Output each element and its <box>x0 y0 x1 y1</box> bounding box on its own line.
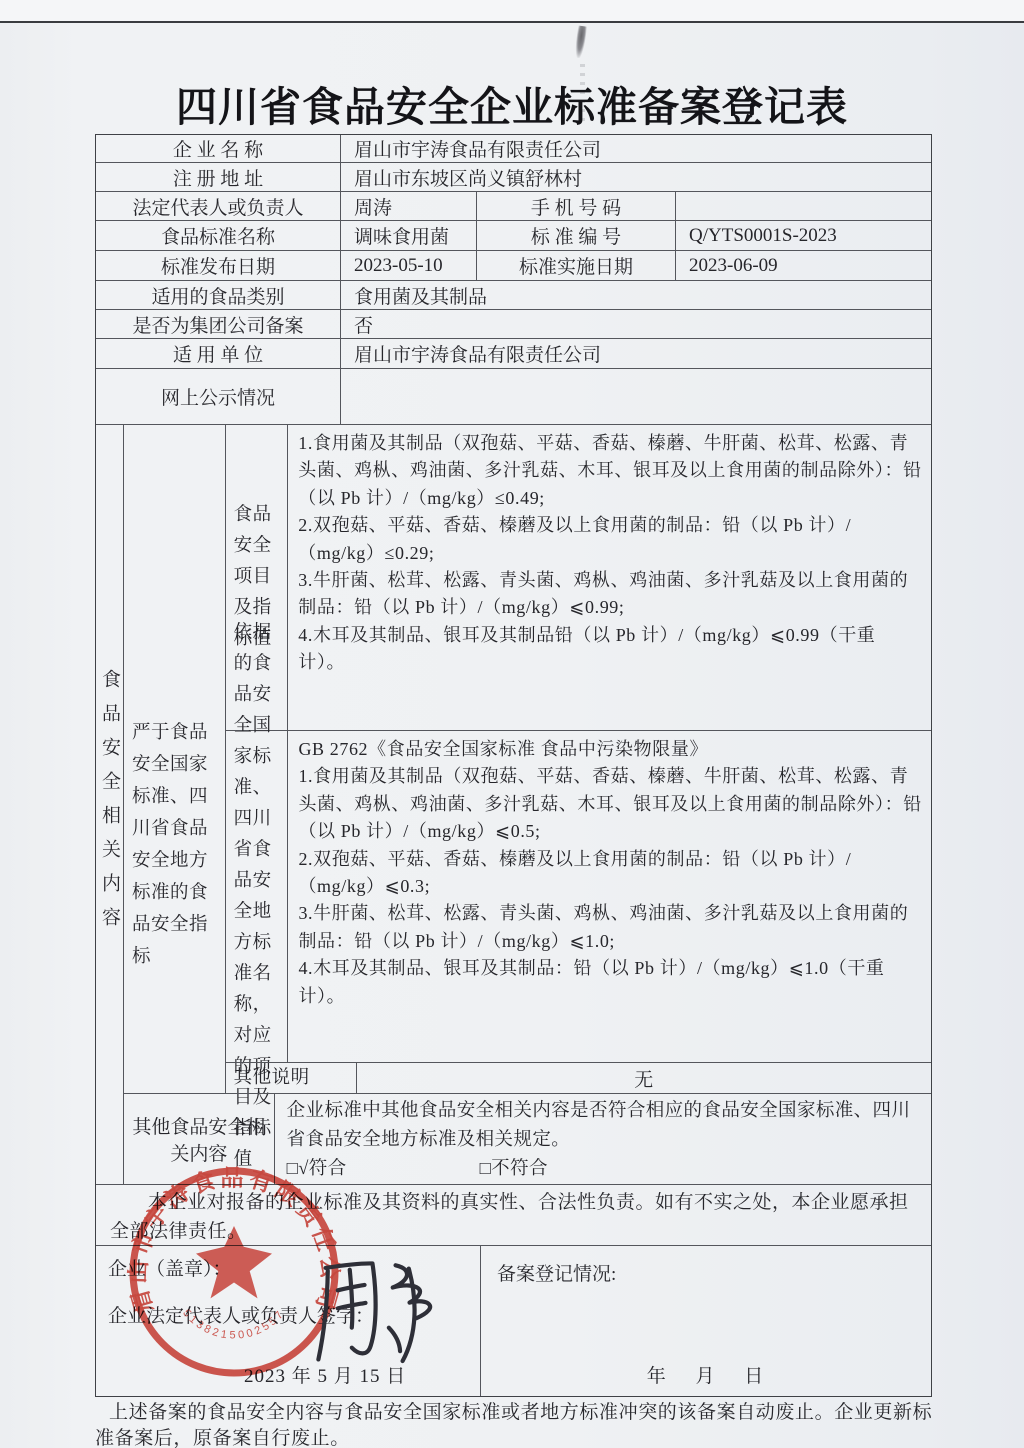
safety-item-line: 3.牛肝菌、松茸、松露、青头菌、鸡枞、鸡油菌、多汁乳菇及以上食用菌的制品：铅（以… <box>298 567 922 622</box>
safety-item-line: 1.食用菌及其制品（双孢菇、平菇、香菇、榛蘑、牛肝菌、松茸、松露、青头菌、鸡枞、… <box>298 430 922 512</box>
safety-item-line: 4.木耳及其制品、银耳及其制品铅（以 Pb 计）/（mg/kg）⩽0.99（干重… <box>298 622 922 677</box>
safety-content-section: 食品安全相关内容 严于食品安全国家标准、四川省食品安全地方标准的食品安全指标 食… <box>96 425 931 1185</box>
safety-section-side-label: 食品安全相关内容 <box>96 669 123 941</box>
category-label: 适用的食品类别 <box>96 281 341 309</box>
table-row-publicity: 网上公示情况 <box>96 369 931 425</box>
other-note-label: 其他说明 <box>226 1063 357 1093</box>
declaration-statement: 本企业对报备的企业标准及其资料的真实性、合法性负责。如有不实之处，本企业愿承担全… <box>96 1185 931 1246</box>
publish-date-label: 标准发布日期 <box>96 251 341 280</box>
table-row-address: 注 册 地 址 眉山市东坡区尚义镇舒林村 <box>96 163 931 192</box>
company-seal-label: 企业（盖章）： <box>108 1254 232 1281</box>
basis-standards-label: 依据的食品安全国家标准、四川省食品安全地方标准名称，对应的项目及指标值 <box>226 731 289 1062</box>
table-row-group-filing: 是否为集团公司备案 否 <box>96 310 931 339</box>
table-row-legal-rep: 法定代表人或负责人 周涛 手 机 号 码 <box>96 192 931 221</box>
other-note-value: 无 <box>357 1063 931 1093</box>
scan-artifact <box>574 26 587 59</box>
address-value: 眉山市东坡区尚义镇舒林村 <box>341 163 931 191</box>
phone-value <box>676 192 931 220</box>
other-safety-text: 企业标准中其他食品安全相关内容是否符合相应的食品安全国家标准、四川省食品安全地方… <box>287 1097 921 1155</box>
basis-standards-row: 依据的食品安全国家标准、四川省食品安全地方标准名称，对应的项目及指标值 GB 2… <box>226 730 931 1062</box>
scan-edge-line <box>0 21 1024 23</box>
conformity-checkbox-line: □√符合 □不符合 <box>287 1155 921 1184</box>
other-safety-content: 企业标准中其他食品安全相关内容是否符合相应的食品安全国家标准、四川省食品安全地方… <box>275 1094 931 1184</box>
scan-edge-top <box>0 0 1024 21</box>
group-filing-value: 否 <box>341 310 931 338</box>
signature-date: 2023 年 5 月 15 日 <box>244 1361 406 1388</box>
basis-line: 1.食用菌及其制品（双孢菇、平菇、香菇、榛蘑、牛肝菌、松茸、松露、青头菌、鸡枞、… <box>298 763 922 845</box>
page-title: 四川省食品安全企业标准备案登记表 <box>0 74 1024 133</box>
table-row-standard-name: 食品标准名称 调味食用菌 标 准 编 号 Q/YTS0001S-2023 <box>96 221 931 251</box>
company-name-value: 眉山市宇涛食品有限责任公司 <box>341 135 931 162</box>
group-filing-label: 是否为集团公司备案 <box>96 310 341 338</box>
legal-rep-label: 法定代表人或负责人 <box>96 192 341 220</box>
safety-items-row: 食品安全项目及指标值 1.食用菌及其制品（双孢菇、平菇、香菇、榛蘑、牛肝菌、松茸… <box>226 425 931 730</box>
publicity-label: 网上公示情况 <box>96 369 341 424</box>
phone-label: 手 机 号 码 <box>477 192 676 220</box>
footer-note: 上述备案的食品安全内容与食品安全国家标准或者地方标准冲突的该备案自动废止。企业更… <box>95 1400 935 1448</box>
other-safety-row: 其他食品安全相关内容 企业标准中其他食品安全相关内容是否符合相应的食品安全国家标… <box>124 1093 931 1184</box>
safety-items-content: 1.食用菌及其制品（双孢菇、平菇、香菇、榛蘑、牛肝菌、松茸、松露、青头菌、鸡枞、… <box>288 425 931 730</box>
table-row-category: 适用的食品类别 食用菌及其制品 <box>96 281 931 310</box>
basis-standards-content: GB 2762《食品安全国家标准 食品中污染物限量》 1.食用菌及其制品（双孢菇… <box>288 731 931 1062</box>
category-value: 食用菌及其制品 <box>341 281 931 309</box>
table-row-apply-unit: 适 用 单 位 眉山市宇涛食品有限责任公司 <box>96 339 931 369</box>
legal-rep-value: 周涛 <box>341 192 477 220</box>
enterprise-signature-cell: 企业（盖章）： 企业法定代表人或负责人签字： 2023 年 5 月 15 日 <box>96 1246 481 1396</box>
scanned-page: 四川省食品安全企业标准备案登记表 企 业 名 称 眉山市宇涛食品有限责任公司 注… <box>0 0 1024 1448</box>
checkbox-not-conform: □不符合 <box>480 1159 548 1179</box>
standard-no-value: Q/YTS0001S-2023 <box>676 221 931 250</box>
apply-unit-value: 眉山市宇涛食品有限责任公司 <box>341 339 931 368</box>
basis-line: 3.牛肝菌、松茸、松露、青头菌、鸡枞、鸡油菌、多汁乳菇及以上食用菌的制品：铅（以… <box>298 900 922 955</box>
other-note-row: 其他说明 无 <box>226 1062 931 1093</box>
standard-name-value: 调味食用菌 <box>341 221 477 250</box>
standard-no-label: 标 准 编 号 <box>477 221 676 250</box>
standard-name-label: 食品标准名称 <box>96 221 341 250</box>
registration-status-label: 备案登记情况: <box>497 1259 616 1286</box>
table-row-dates: 标准发布日期 2023-05-10 标准实施日期 2023-06-09 <box>96 251 931 281</box>
basis-line: 2.双孢菇、平菇、香菇、榛蘑及以上食用菌的制品：铅（以 Pb 计）/（mg/kg… <box>298 846 922 901</box>
address-label: 注 册 地 址 <box>96 163 341 191</box>
safety-item-line: 2.双孢菇、平菇、香菇、榛蘑及以上食用菌的制品：铅（以 Pb 计）/（mg/kg… <box>298 512 922 567</box>
basis-line: GB 2762《食品安全国家标准 食品中污染物限量》 <box>298 736 922 763</box>
apply-unit-label: 适 用 单 位 <box>96 339 341 368</box>
basis-line: 4.木耳及其制品、银耳及其制品：铅（以 Pb 计）/（mg/kg）⩽1.0（干重… <box>298 955 922 1010</box>
other-safety-label: 其他食品安全相关内容 <box>124 1094 275 1184</box>
signature-row: 企业（盖章）： 企业法定代表人或负责人签字： 2023 年 5 月 15 日 备… <box>96 1246 931 1396</box>
legal-rep-sign-label: 企业法定代表人或负责人签字： <box>108 1301 374 1328</box>
safety-section-side-label-cell: 食品安全相关内容 <box>96 425 124 1184</box>
table-row-company: 企 业 名 称 眉山市宇涛食品有限责任公司 <box>96 135 931 163</box>
company-name-label: 企 业 名 称 <box>96 135 341 162</box>
implement-date-label: 标准实施日期 <box>477 251 676 280</box>
registration-form-table: 企 业 名 称 眉山市宇涛食品有限责任公司 注 册 地 址 眉山市东坡区尚义镇舒… <box>95 134 932 1397</box>
implement-date-value: 2023-06-09 <box>676 251 931 280</box>
strict-indicator-label: 严于食品安全国家标准、四川省食品安全地方标准的食品安全指标 <box>124 425 226 1093</box>
registration-date-blank: 年 月 日 <box>481 1361 931 1388</box>
publicity-value <box>341 369 931 424</box>
publish-date-value: 2023-05-10 <box>341 251 477 280</box>
checkbox-conform: □√符合 <box>287 1159 347 1179</box>
registration-status-cell: 备案登记情况: 年 月 日 <box>481 1246 931 1396</box>
